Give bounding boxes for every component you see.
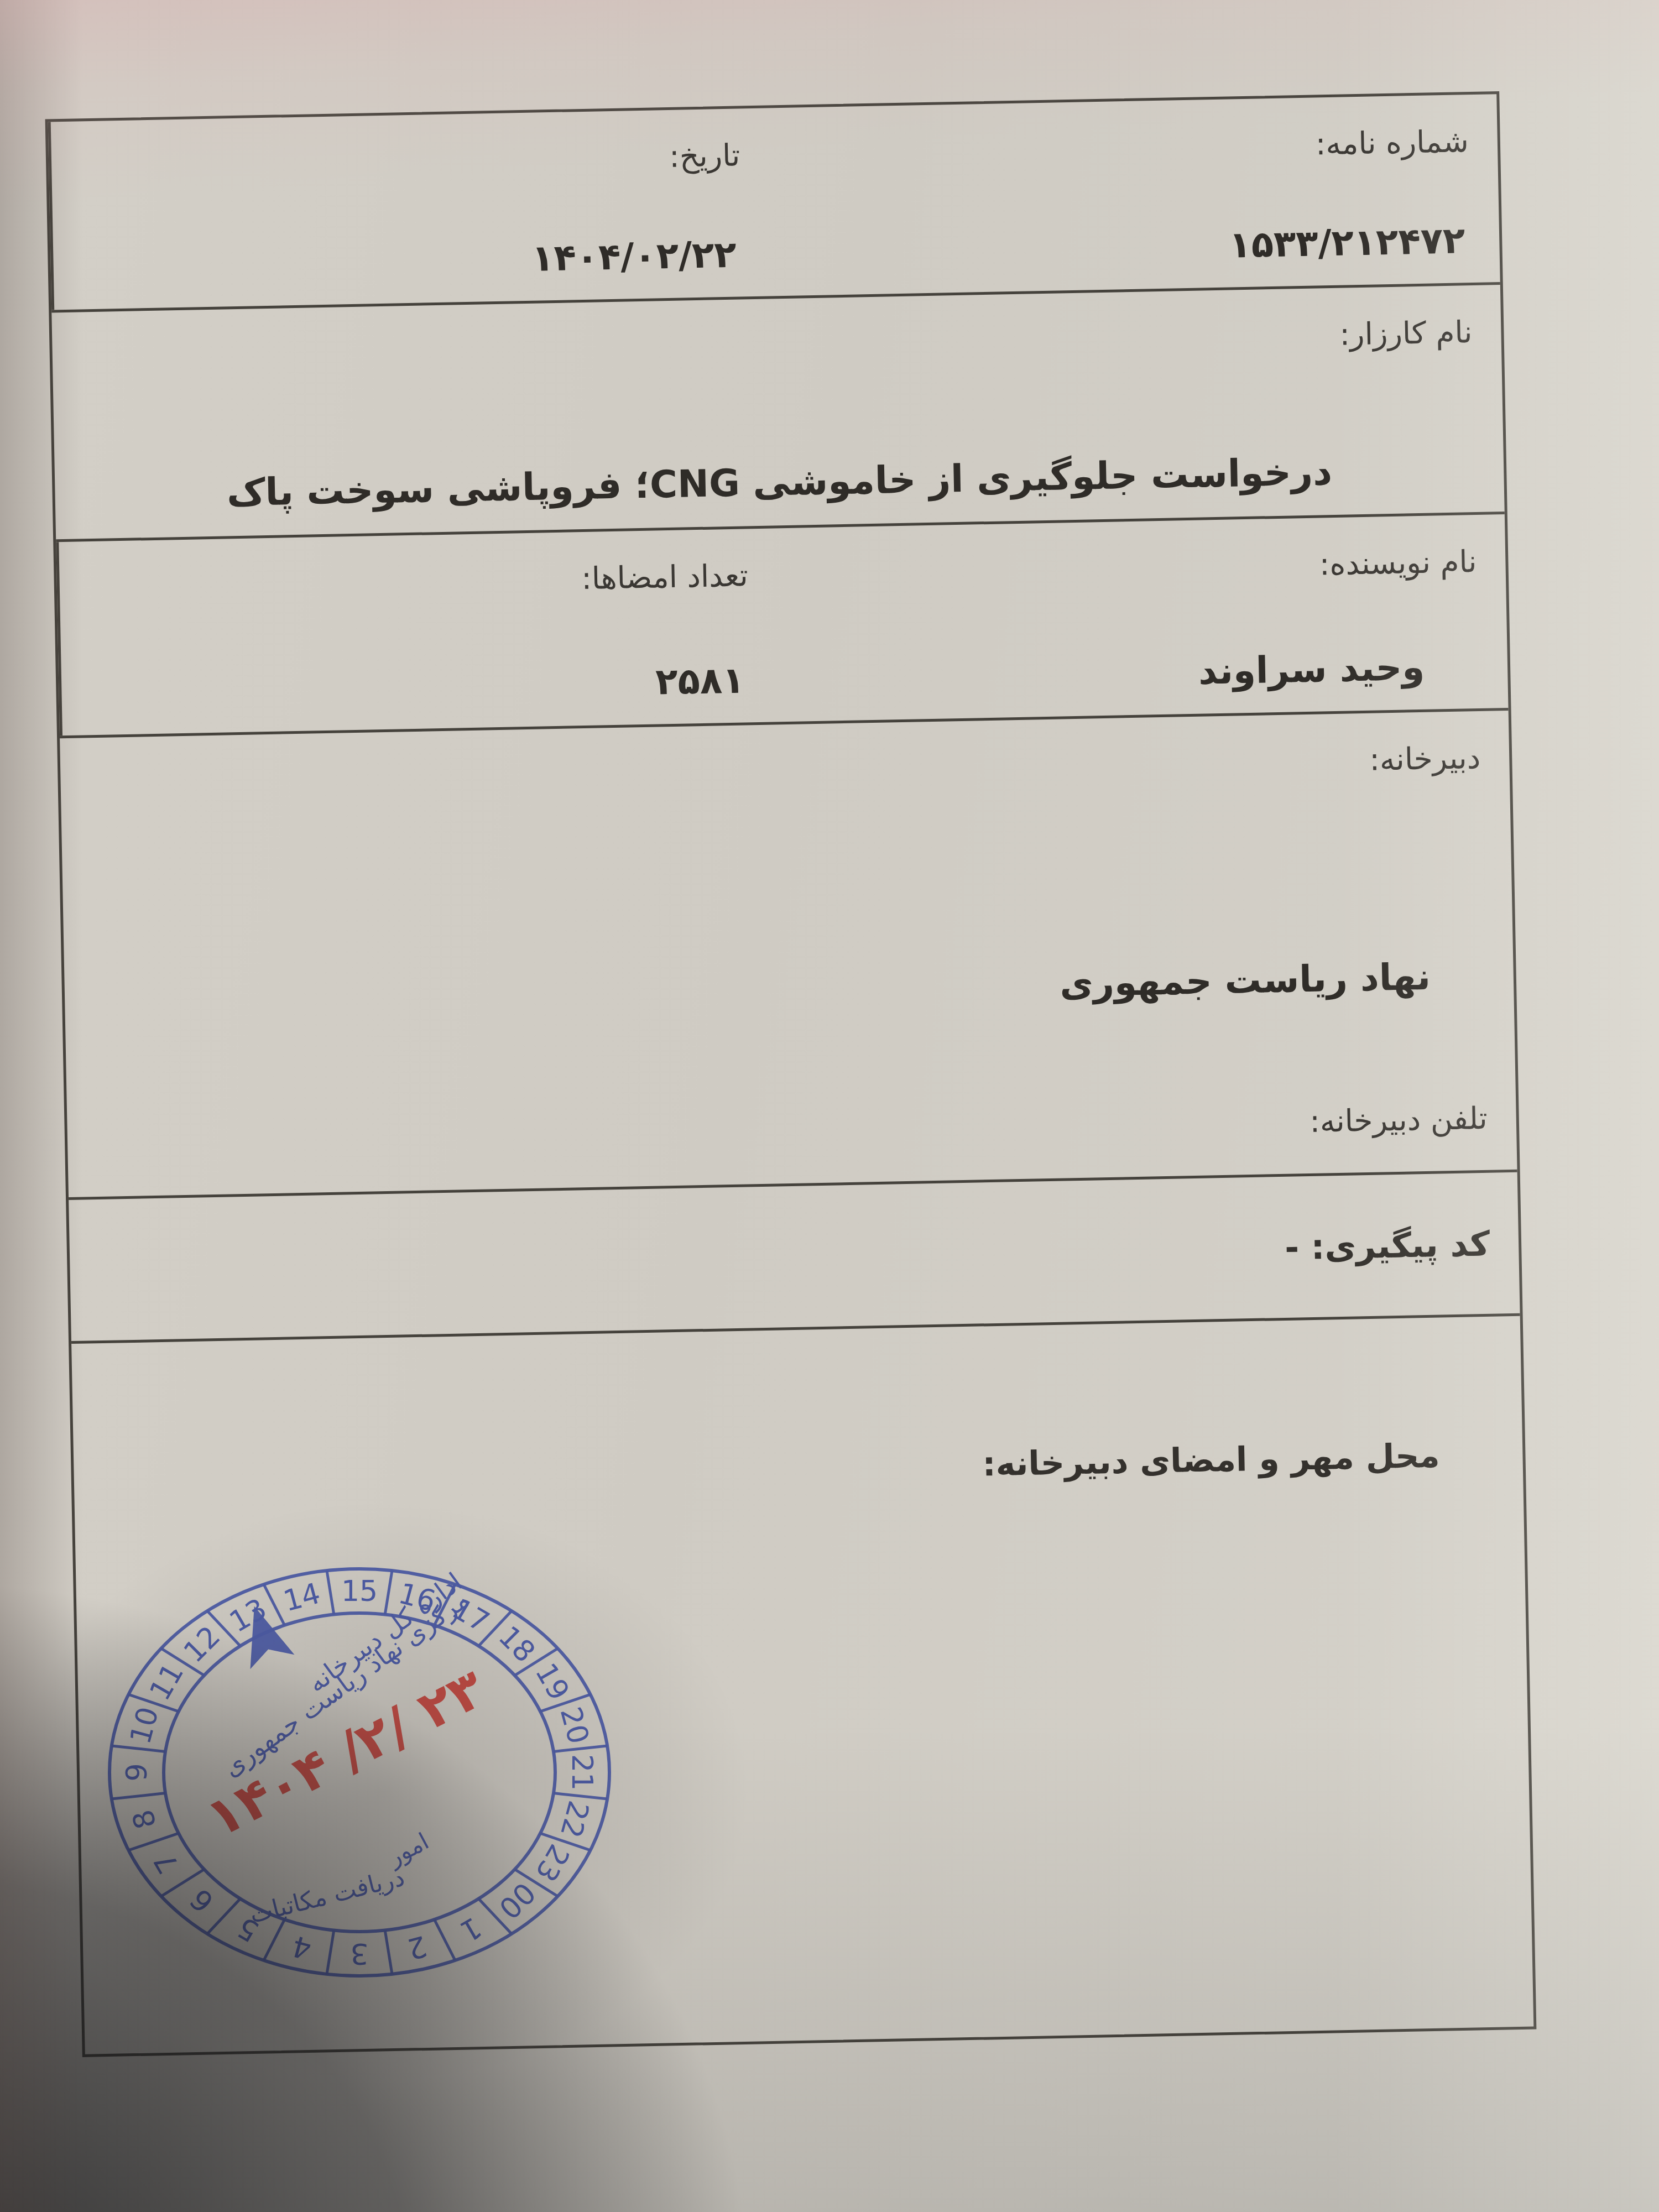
row-letter-number-date: شماره نامه: ۱۵۳۳/۲۱۲۴۷۲ تاریخ: ۱۴۰۴/۰۲/۲… <box>48 94 1500 312</box>
secretariat-phone-label: تلفن دبیرخانه: <box>1310 1100 1488 1139</box>
stamp-ring-number: 9 <box>121 1763 154 1781</box>
cell-author: نام نویسنده: وحید سراوند <box>776 514 1508 722</box>
row-tracking-code: کد پیگیری: - <box>69 1172 1520 1344</box>
cell-letter-number: شماره نامه: ۱۵۳۳/۲۱۲۴۷۲ <box>768 94 1500 296</box>
stamp-dept-line1: امور <box>382 1828 433 1872</box>
stamp-svg: 121314151617181920212223001234567891011ا… <box>77 1529 641 2016</box>
photo-background: شماره نامه: ۱۵۳۳/۲۱۲۴۷۲ تاریخ: ۱۴۰۴/۰۲/۲… <box>0 0 1659 2212</box>
stamp-ring-number: 21 <box>565 1754 598 1791</box>
seal-area-label: محل مهر و امضای دبیرخانه: <box>982 1437 1440 1484</box>
cell-date: تاریخ: ۱۴۰۴/۰۲/۲۲ <box>48 108 771 310</box>
signatures-value: ۲۵۸۱ <box>655 659 745 703</box>
stamp-ring-number: 7 <box>148 1846 186 1879</box>
stamp-dept-line2: دریافت مکاتبات <box>247 1864 407 1929</box>
stamp-ring-number: 11 <box>143 1658 190 1706</box>
author-value: وحید سراوند <box>1198 646 1425 693</box>
secretariat-label: دبیرخانه: <box>1369 740 1481 778</box>
letter-number-value: ۱۵۳۳/۲۱۲۴۷۲ <box>1229 219 1465 266</box>
signatures-label: تعداد امضاها: <box>581 557 749 596</box>
row-author-signatures: نام نویسنده: وحید سراوند تعداد امضاها: ۲… <box>56 514 1508 738</box>
row-campaign-name: نام کارزار: درخواست جلوگیری از خاموشی CN… <box>51 285 1504 542</box>
stamp-ring-number: 19 <box>529 1658 576 1706</box>
row-secretariat: دبیرخانه: نهاد ریاست جمهوری تلفن دبیرخان… <box>60 711 1517 1200</box>
stamp-ring-number: 1 <box>455 1910 487 1948</box>
stamp-ring-number: 14 <box>280 1577 324 1619</box>
secretariat-value: نهاد ریاست جمهوری <box>1060 956 1431 1005</box>
stamp-ring-number: 10 <box>124 1704 165 1747</box>
stamp-ring-number: 22 <box>554 1797 595 1841</box>
stamp-ring-number: 2 <box>404 1929 430 1966</box>
tracking-code-label: کد پیگیری: <box>1311 1223 1490 1267</box>
stamp-ring-number: 4 <box>289 1929 315 1966</box>
stamp-ring-number: 15 <box>341 1575 378 1608</box>
stamp-ring-number: 23 <box>529 1839 576 1887</box>
cell-signatures: تعداد امضاها: ۲۵۸۱ <box>56 528 780 735</box>
campaign-name-value: درخواست جلوگیری از خاموشی CNG؛ فروپاشی س… <box>55 447 1504 518</box>
stamp-ring-number: 20 <box>554 1704 595 1747</box>
tracking-code-value: - <box>1285 1227 1300 1267</box>
secretariat-stamp: 121314151617181920212223001234567891011ا… <box>77 1529 641 2016</box>
date-label: تاریخ: <box>669 137 740 174</box>
stamp-ring-number: 8 <box>126 1806 163 1832</box>
date-value: ۱۴۰۴/۰۲/۲۲ <box>531 233 737 280</box>
tracking-code-line: کد پیگیری: - <box>1285 1223 1490 1267</box>
author-label: نام نویسنده: <box>1319 544 1477 582</box>
letter-number-label: شماره نامه: <box>1315 123 1469 161</box>
stamp-ring-number: 3 <box>350 1937 368 1970</box>
campaign-name-label: نام کارزار: <box>1339 314 1473 352</box>
stamp-ring-number: 6 <box>184 1882 221 1918</box>
